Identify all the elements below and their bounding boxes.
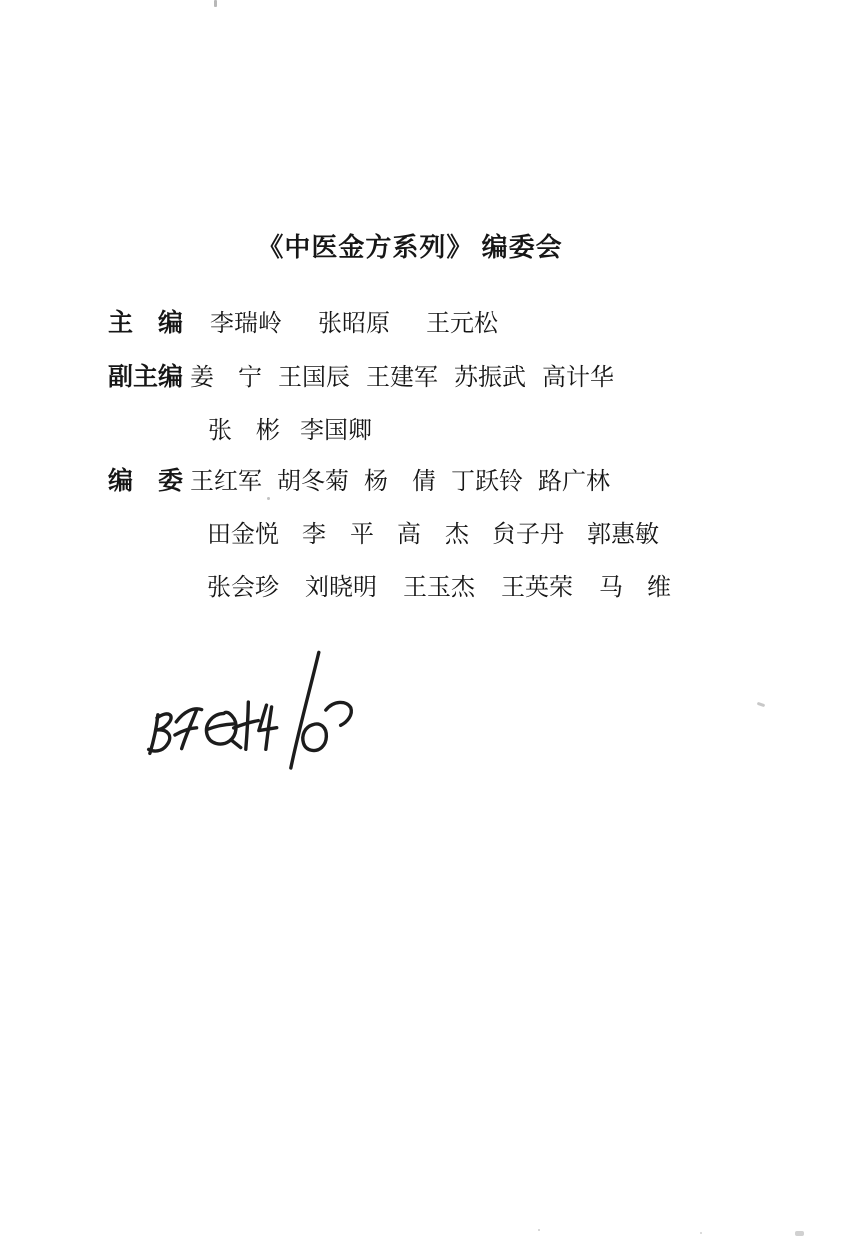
scan-speck — [214, 0, 217, 7]
member-name: 杨 倩 — [364, 461, 436, 496]
role-label-board-member: 编 委 — [108, 461, 186, 497]
member-name: 王建军 — [366, 357, 438, 392]
member-name: 张会珍 — [207, 567, 279, 602]
scan-speck — [267, 497, 270, 500]
member-name: 胡冬菊 — [277, 461, 349, 496]
scan-speck — [538, 1229, 540, 1231]
member-name: 王国辰 — [278, 357, 350, 392]
page-title: 《中医金方系列》 编委会 — [0, 227, 839, 264]
member-name: 姜 宁 — [190, 357, 262, 392]
name-list: 田金悦 李 平 高 杰 贠子丹 郭惠敏 — [207, 514, 659, 549]
member-name: 李国卿 — [300, 410, 372, 445]
handwriting-stroke — [231, 740, 240, 748]
member-name: 王元松 — [426, 303, 498, 338]
member-name: 张昭原 — [318, 303, 390, 338]
editor-row-chief: 主 编 李瑞岭 张昭原 王元松 — [108, 303, 498, 339]
scan-speck — [700, 1232, 702, 1234]
scan-speck — [795, 1231, 804, 1236]
editor-row-board-cont2: 张会珍 刘晓明 王玉杰 王英荣 马 维 — [108, 567, 671, 602]
member-name: 王英荣 — [501, 567, 573, 602]
member-name: 田金悦 — [207, 514, 279, 549]
editor-row-board: 编 委 王红军 胡冬菊 杨 倩 丁跃铃 路广林 — [108, 461, 610, 497]
member-name: 苏振武 — [454, 357, 526, 392]
member-name: 李瑞岭 — [210, 303, 282, 338]
member-name: 路广林 — [538, 461, 610, 496]
role-label-chief-editor: 主 编 — [108, 303, 186, 339]
editor-row-board-cont: 田金悦 李 平 高 杰 贠子丹 郭惠敏 — [108, 514, 659, 549]
member-name: 郭惠敏 — [587, 514, 659, 549]
member-name: 丁跃铃 — [451, 461, 523, 496]
name-list: 王红军 胡冬菊 杨 倩 丁跃铃 路广林 — [190, 461, 610, 496]
handwriting-stroke — [148, 715, 160, 753]
name-list: 李瑞岭 张昭原 王元松 — [210, 303, 498, 338]
handwriting-stroke — [176, 709, 203, 722]
name-list: 张 彬 李国卿 — [208, 410, 372, 445]
member-name: 张 彬 — [208, 410, 280, 445]
member-name: 高 杰 — [397, 514, 469, 549]
scanned-page: 《中医金方系列》 编委会 主 编 李瑞岭 张昭原 王元松 副主编 姜 宁 王国辰… — [0, 0, 858, 1260]
member-name: 王玉杰 — [403, 567, 475, 602]
scan-speck — [757, 702, 766, 707]
name-list: 姜 宁 王国辰 王建军 苏振武 高计华 — [190, 357, 614, 392]
member-name: 王红军 — [190, 461, 262, 496]
handwriting-stroke — [325, 702, 352, 726]
editor-row-deputy: 副主编 姜 宁 王国辰 王建军 苏振武 高计华 — [108, 357, 614, 393]
handwriting-stroke — [207, 724, 233, 729]
handwriting-stroke — [302, 724, 327, 752]
editor-row-deputy-cont: 张 彬 李国卿 — [108, 410, 372, 445]
member-name: 刘晓明 — [305, 567, 377, 602]
name-list: 张会珍 刘晓明 王玉杰 王英荣 马 维 — [207, 567, 671, 602]
role-label-deputy-editor: 副主编 — [108, 357, 186, 393]
member-name: 高计华 — [542, 357, 614, 392]
member-name: 李 平 — [302, 514, 374, 549]
member-name: 贠子丹 — [492, 514, 564, 549]
handwritten-note — [133, 644, 369, 786]
member-name: 马 维 — [599, 567, 671, 602]
